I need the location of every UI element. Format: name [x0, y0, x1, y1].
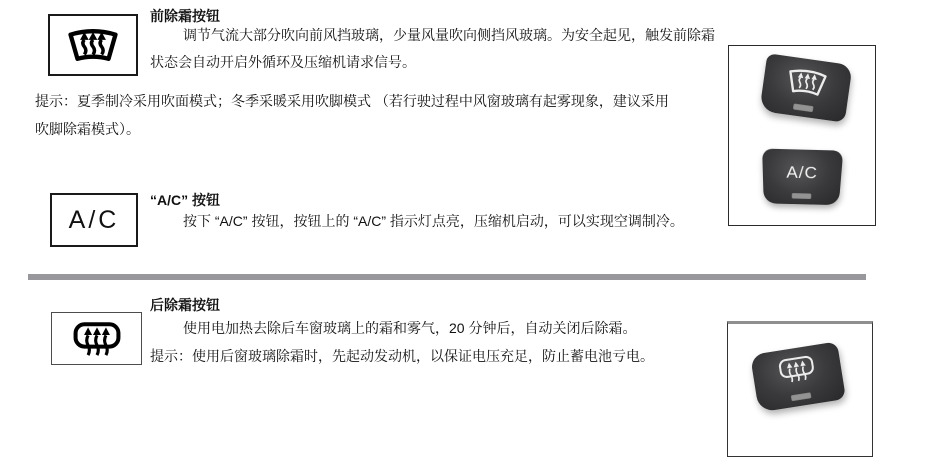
rear-defrost-paragraph: 使用电加热去除后车窗玻璃上的霜和雾气，20 分钟后，自动关闭后除霜。 [150, 315, 636, 342]
rear-defrost-button-photo [750, 341, 846, 412]
button-indicator-window [792, 193, 812, 199]
photo-rear-defrost-button [727, 321, 873, 457]
paragraph-line: 状态会自动开启外循环及压缩机请求信号。 [150, 49, 715, 76]
button-indicator-window [791, 392, 812, 401]
paragraph-line: 按下 “A/C” 按钮，按钮上的 “A/C” 指示灯点亮，压缩机启动，可以实现空… [150, 208, 684, 235]
ac-paragraph: 按下 “A/C” 按钮，按钮上的 “A/C” 指示灯点亮，压缩机启动，可以实现空… [150, 208, 684, 235]
paragraph-line: 调节气流大部分吹向前风挡玻璃，少量风量吹向侧挡风玻璃。为安全起见，触发前除霜 [150, 22, 715, 49]
tip-line: 提示：使用后窗玻璃除霜时，先起动发动机，以保证电压充足，防止蓄电池亏电。 [150, 343, 654, 370]
rear-defrost-tip: 提示：使用后窗玻璃除霜时，先起动发动机，以保证电压充足，防止蓄电池亏电。 [150, 343, 654, 370]
section-title-ac: “A/C” 按钮 [150, 190, 220, 210]
tip-line: 吹脚除霜模式）。 [35, 115, 669, 143]
section-separator-bar [28, 274, 866, 280]
section-title-rear-defrost: 后除霜按钮 [150, 295, 220, 315]
ac-symbol-box: A/C [50, 193, 138, 247]
rear-defrost-icon [775, 353, 819, 386]
rear-defrost-icon [72, 321, 122, 357]
front-defrost-tip: 提示：夏季制冷采用吹面模式；冬季采暖采用吹脚模式 （若行驶过程中风窗玻璃有起雾现… [35, 87, 669, 143]
rear-defrost-symbol-box [51, 312, 142, 365]
tip-line: 提示：夏季制冷采用吹面模式；冬季采暖采用吹脚模式 （若行驶过程中风窗玻璃有起雾现… [35, 87, 669, 115]
front-defrost-icon [64, 26, 122, 64]
ac-button-label: A/C [763, 162, 843, 184]
manual-page: 前除霜按钮 调节气流大部分吹向前风挡玻璃，少量风量吹向侧挡风玻璃。为安全起见，触… [0, 0, 928, 476]
photo-front-defrost-and-ac-buttons: A/C [728, 45, 876, 226]
ac-button-photo: A/C [762, 149, 843, 206]
front-defrost-symbol-box [48, 14, 138, 76]
front-defrost-icon [782, 64, 832, 100]
button-indicator-window [793, 103, 814, 112]
front-defrost-paragraph: 调节气流大部分吹向前风挡玻璃，少量风量吹向侧挡风玻璃。为安全起见，触发前除霜 状… [150, 22, 715, 76]
front-defrost-button-photo [759, 53, 852, 122]
ac-symbol-label: A/C [69, 206, 120, 235]
paragraph-line: 使用电加热去除后车窗玻璃上的霜和雾气，20 分钟后，自动关闭后除霜。 [150, 315, 636, 342]
